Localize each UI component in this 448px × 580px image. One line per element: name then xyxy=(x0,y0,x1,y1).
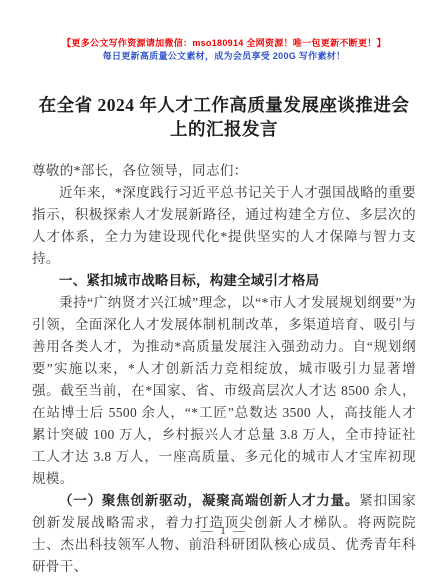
section-1-paragraph: 秉持“广纳贤才兴江城”理念，以“*市人才发展规划纲要”为引领，全面深化人才发展体… xyxy=(32,292,416,490)
document-page: 【更多公文写作资源请加微信：mso180914 全网资源！唯一包更新不断更！】 … xyxy=(0,0,448,580)
intro-paragraph: 近年来，*深度践行习近平总书记关于人才强国战略的重要指示，积极探索人才发展新路径… xyxy=(32,182,416,270)
document-title-line-2: 上的汇报发言 xyxy=(22,117,426,141)
document-title: 在全省 2024 年人才工作高质量发展座谈推进会 上的汇报发言 xyxy=(22,93,426,141)
promo-banner-line-2: 每日更新高质量公文素材，成为会员享受 200G 写作素材！ xyxy=(0,50,448,63)
document-title-line-1: 在全省 2024 年人才工作高质量发展座谈推进会 xyxy=(22,93,426,117)
salutation: 尊敬的*部长，各位领导，同志们： xyxy=(32,160,416,182)
subsection-1-heading: （一）聚焦创新驱动，凝聚高端创新人才力量。 xyxy=(59,493,359,508)
promo-banner-line-1: 【更多公文写作资源请加微信：mso180914 全网资源！唯一包更新不断更！】 xyxy=(0,37,448,50)
promo-banner: 【更多公文写作资源请加微信：mso180914 全网资源！唯一包更新不断更！】 … xyxy=(0,0,448,63)
page-number: — 1 — xyxy=(0,523,448,538)
document-body: 尊敬的*部长，各位领导，同志们： 近年来，*深度践行习近平总书记关于人才强国战略… xyxy=(32,160,416,578)
section-1-heading: 一、紧扣城市战略目标，构建全域引才格局 xyxy=(32,270,416,292)
